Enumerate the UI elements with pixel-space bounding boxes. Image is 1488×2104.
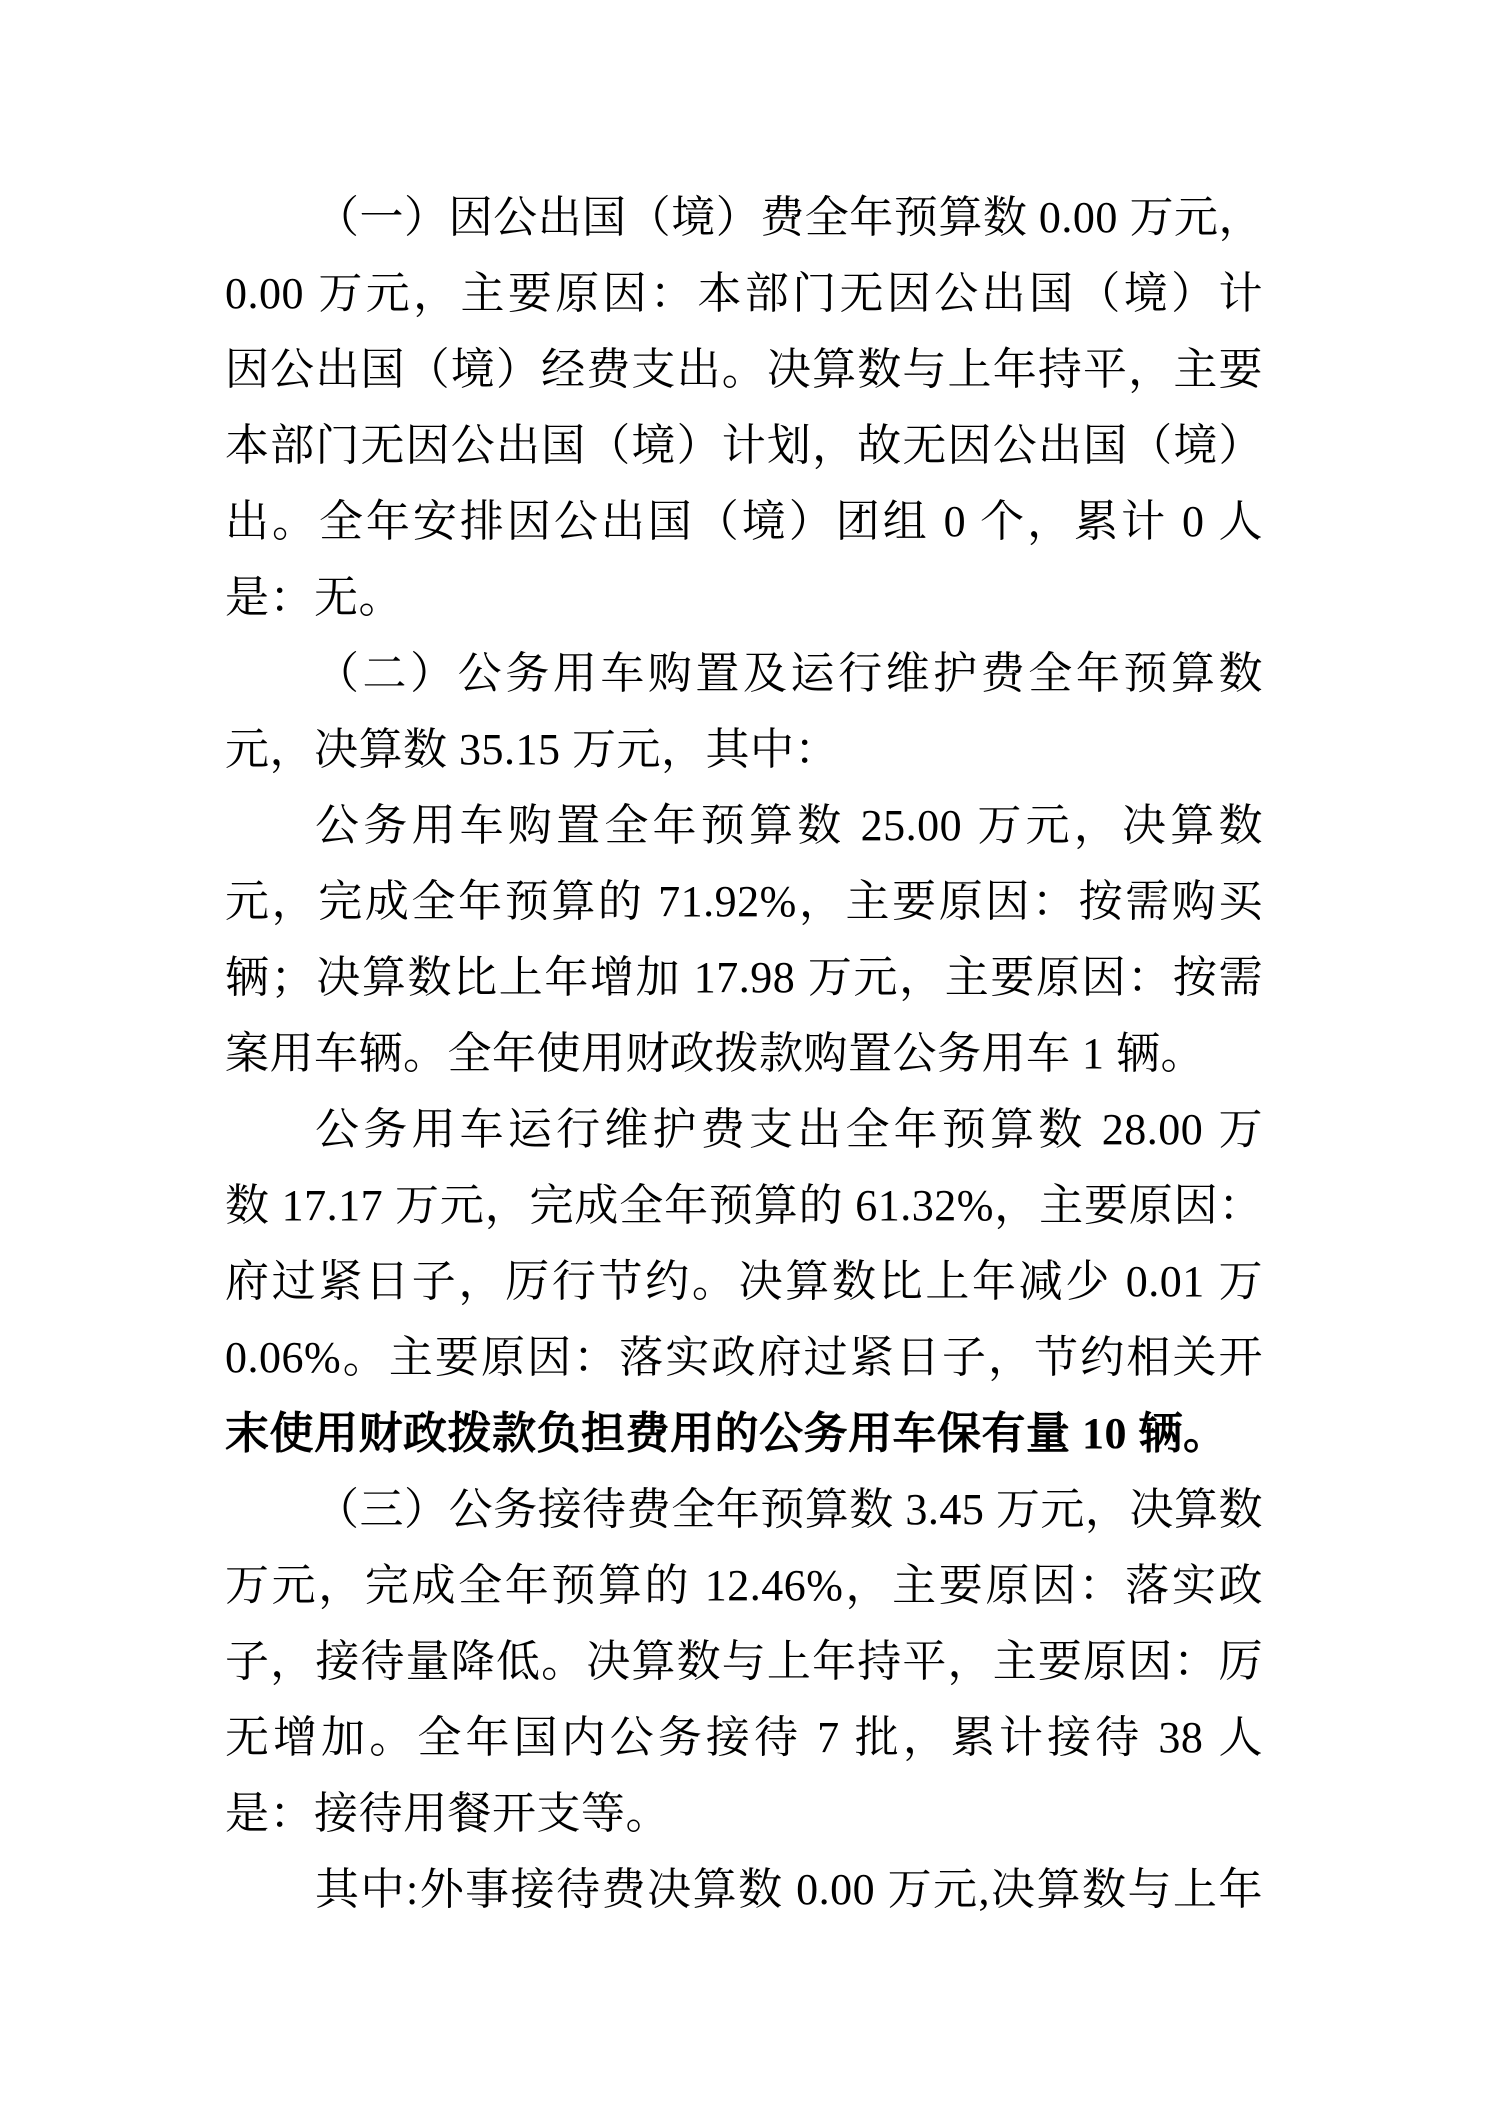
document-line: （三）公务接待费全年预算数 3.45 万元，决算数 0.43 bbox=[225, 1472, 1263, 1548]
document-line: 末使用财政拨款负担费用的公务用车保有量 10 辆。 bbox=[225, 1396, 1263, 1472]
paragraph-vehicle-total: （二）公务用车购置及运行维护费全年预算数 53.00 万 元，决算数 35.15… bbox=[225, 636, 1263, 788]
document-line: 府过紧日子，厉行节约。决算数比上年减少 0.01 万元，下降 bbox=[225, 1244, 1263, 1320]
paragraph-overseas-travel: （一）因公出国（境）费全年预算数 0.00 万元，决算数 0.00 万元，主要原… bbox=[225, 180, 1263, 636]
document-line: 是：接待用餐开支等。 bbox=[225, 1776, 1263, 1852]
paragraph-foreign-reception: 其中:外事接待费决算数 0.00 万元,决算数与上年持平, bbox=[225, 1852, 1263, 1928]
paragraph-vehicle-maintenance: 公务用车运行维护费支出全年预算数 28.00 万元，决算 数 17.17 万元，… bbox=[225, 1092, 1263, 1472]
document-line: 本部门无因公出国（境）计划，故无因公出国（境）经费支 bbox=[225, 408, 1263, 484]
document-line: 数 17.17 万元，完成全年预算的 61.32%，主要原因：落实政 bbox=[225, 1168, 1263, 1244]
document-line: 其中:外事接待费决算数 0.00 万元,决算数与上年持平, bbox=[225, 1852, 1263, 1928]
document-line: （二）公务用车购置及运行维护费全年预算数 53.00 万 bbox=[225, 636, 1263, 712]
paragraph-official-reception: （三）公务接待费全年预算数 3.45 万元，决算数 0.43 万元，完成全年预算… bbox=[225, 1472, 1263, 1852]
document-line: 元，完成全年预算的 71.92%，主要原因：按需购买办案用车 bbox=[225, 864, 1263, 940]
document-line: 万元，完成全年预算的 12.46%，主要原因：落实政府过紧日 bbox=[225, 1548, 1263, 1624]
document-line: 出。全年安排因公出国（境）团组 0 个，累计 0 人次，主要 bbox=[225, 484, 1263, 560]
document-page: （一）因公出国（境）费全年预算数 0.00 万元，决算数 0.00 万元，主要原… bbox=[0, 0, 1488, 2104]
document-line: 0.06%。主要原因：落实政府过紧日子，节约相关开支。年 bbox=[225, 1320, 1263, 1396]
document-text-block: （一）因公出国（境）费全年预算数 0.00 万元，决算数 0.00 万元，主要原… bbox=[225, 180, 1263, 1928]
document-line: 元，决算数 35.15 万元，其中： bbox=[225, 712, 1263, 788]
document-line: 辆；决算数比上年增加 17.98 万元，主要原因：按需购买办 bbox=[225, 940, 1263, 1016]
document-line: 案用车辆。全年使用财政拨款购置公务用车 1 辆。 bbox=[225, 1016, 1263, 1092]
document-line: 0.00 万元，主要原因：本部门无因公出国（境）计划，故无 bbox=[225, 256, 1263, 332]
document-line: 因公出国（境）经费支出。决算数与上年持平，主要原因： bbox=[225, 332, 1263, 408]
document-line: （一）因公出国（境）费全年预算数 0.00 万元，决算数 bbox=[225, 180, 1263, 256]
document-line: 公务用车购置全年预算数 25.00 万元，决算数 17.98 万 bbox=[225, 788, 1263, 864]
document-line: 公务用车运行维护费支出全年预算数 28.00 万元，决算 bbox=[225, 1092, 1263, 1168]
document-line: 子，接待量降低。决算数与上年持平，主要原因：厉行节约， bbox=[225, 1624, 1263, 1700]
paragraph-vehicle-purchase: 公务用车购置全年预算数 25.00 万元，决算数 17.98 万 元，完成全年预… bbox=[225, 788, 1263, 1092]
document-line: 无增加。全年国内公务接待 7 批，累计接待 38 人次，主要 bbox=[225, 1700, 1263, 1776]
document-line: 是：无。 bbox=[225, 560, 1263, 636]
